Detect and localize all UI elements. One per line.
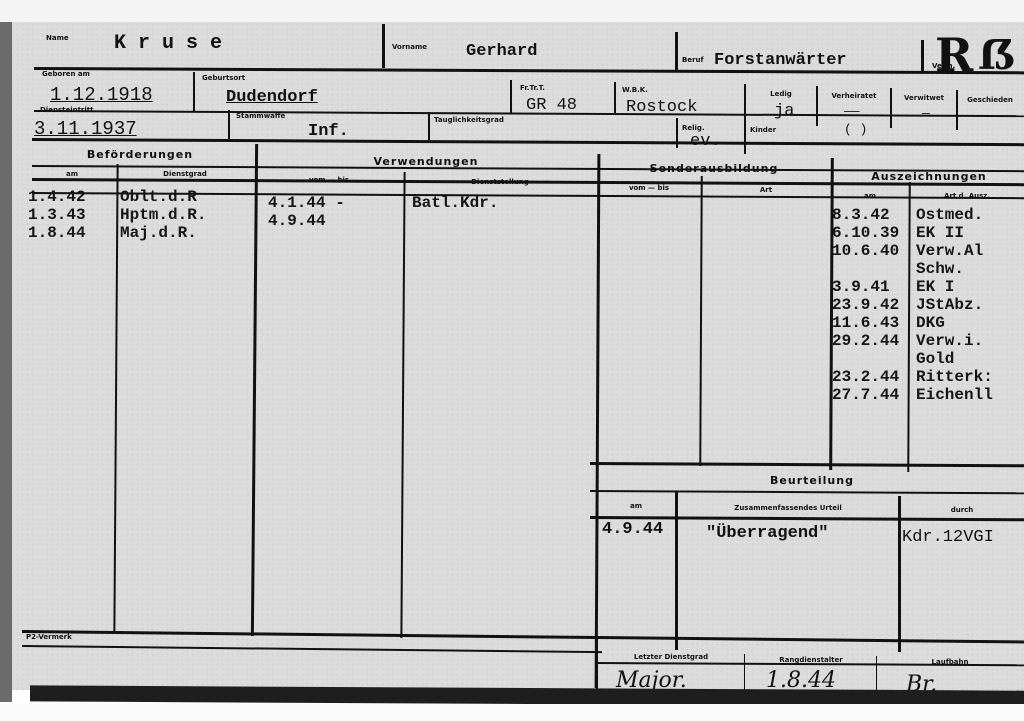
- cell-dienststellung: Batl.Kdr.: [412, 194, 598, 212]
- label-geschieden: Geschieden: [960, 96, 1020, 104]
- rule: [744, 654, 745, 690]
- table-row: 4.1.44 -Batl.Kdr.: [268, 194, 598, 212]
- section-befoerderungen-title: Beförderungen: [30, 148, 250, 161]
- value-geburtsort: Dudendorf: [226, 88, 318, 107]
- col-header-dienststellung: Dienststellung: [406, 178, 594, 186]
- cell-art: EK II: [916, 224, 1024, 242]
- table-row: 11.6.43DKG: [832, 314, 1024, 332]
- label-fr-tr-t: Fr.Tr.T.: [520, 84, 545, 92]
- table-row: Gold: [832, 350, 1024, 368]
- cell-art: Ostmed.: [916, 206, 1024, 224]
- cell-dienstgrad: Maj.d.R.: [120, 224, 260, 242]
- cell-am: 1.4.42: [28, 188, 120, 206]
- col-header-vom-bis: vom — bis: [258, 176, 400, 184]
- rule: [400, 172, 405, 638]
- cell-art: Verw.i.: [916, 332, 1024, 350]
- label-p2-vermerk: P2-Vermerk: [26, 633, 72, 641]
- rule: [34, 67, 1024, 74]
- label-diensteintritt: Diensteintritt: [40, 106, 93, 114]
- value-geboren-am: 1.12.1918: [50, 84, 153, 106]
- cell-am: 27.7.44: [832, 386, 916, 404]
- cell-vom-bis: 4.1.44 -: [268, 194, 412, 212]
- cell-art: DKG: [916, 314, 1024, 332]
- beurteilung-urteil: "Überragend": [706, 524, 828, 543]
- section-auszeichnungen-title: Auszeichnungen: [834, 170, 1024, 183]
- label-kinder: Kinder: [750, 126, 776, 134]
- cell-art: JStAbz.: [916, 296, 1024, 314]
- auszeichnungen-list: 8.3.42Ostmed.6.10.39EK II10.6.40Verw.AlS…: [832, 206, 1024, 404]
- section-verwendungen-title: Verwendungen: [258, 155, 594, 168]
- col-header-art: Art d. Ausz.: [912, 192, 1022, 200]
- cell-am: 29.2.44: [832, 332, 916, 350]
- label-stammwaffe: Stammwaffe: [236, 112, 285, 120]
- handwritten-signature-mark: ẞ: [978, 32, 1016, 79]
- label-geboren-am: Geboren am: [42, 70, 90, 78]
- value-ledig: ja: [774, 102, 794, 121]
- label-wbk: W.B.K.: [622, 86, 648, 94]
- beurteilung-durch: Kdr.12VGI: [902, 528, 994, 547]
- value-wbk: Rostock: [626, 98, 697, 117]
- befoerderungen-list: 1.4.42Oblt.d.R1.3.43Hptm.d.R.1.8.44Maj.d…: [28, 188, 260, 242]
- cell-dienststellung: [412, 212, 598, 230]
- col-header-art: Art: [704, 186, 828, 194]
- rule: [22, 645, 602, 653]
- rule: [590, 462, 1024, 467]
- table-row: 6.10.39EK II: [832, 224, 1024, 242]
- handwritten-initials-stamp: R: [935, 28, 973, 82]
- rule: [675, 492, 678, 650]
- label-rangdienstalter: Rangdienstalter: [748, 656, 874, 664]
- rule: [890, 88, 892, 128]
- col-header-durch: durch: [902, 506, 1022, 514]
- beurteilung-am: 4.9.44: [602, 520, 663, 539]
- rule: [876, 656, 877, 692]
- cell-art: Verw.Al: [916, 242, 1024, 260]
- rule: [699, 176, 703, 466]
- table-row: 4.9.44: [268, 212, 598, 230]
- rule: [675, 32, 678, 70]
- cell-am: 1.3.43: [28, 206, 120, 224]
- cell-dienstgrad: Hptm.d.R.: [120, 206, 260, 224]
- table-row: 29.2.44Verw.i.: [832, 332, 1024, 350]
- value-relig: ev.: [690, 132, 721, 151]
- rule: [193, 72, 195, 112]
- col-header-dienstgrad: Dienstgrad: [118, 170, 252, 178]
- col-header-vom-bis: vom — bis: [600, 184, 698, 192]
- label-vorname: Vorname: [392, 43, 427, 51]
- col-header-am: am: [834, 192, 906, 200]
- rule: [32, 138, 1024, 146]
- table-row: 1.4.42Oblt.d.R: [28, 188, 260, 206]
- rule: [595, 154, 601, 688]
- rule: [956, 90, 958, 130]
- label-letzter-dienstgrad: Letzter Dienstgrad: [600, 653, 742, 661]
- value-diensteintritt: 3.11.1937: [34, 118, 137, 140]
- value-verwitwet: —: [922, 106, 930, 121]
- value-kinder-count: ( ): [844, 122, 867, 137]
- cell-dienstgrad: Oblt.d.R: [120, 188, 260, 206]
- cell-am: 8.3.42: [832, 206, 916, 224]
- cell-am: 3.9.41: [832, 278, 916, 296]
- rule: [614, 82, 616, 114]
- cell-art: EK I: [916, 278, 1024, 296]
- cell-am: 23.2.44: [832, 368, 916, 386]
- cell-art: Eichenll: [916, 386, 1024, 404]
- verwendungen-list: 4.1.44 -Batl.Kdr.4.9.44: [268, 194, 598, 230]
- label-verwitwet: Verwitwet: [894, 94, 954, 102]
- table-row: 1.8.44Maj.d.R.: [28, 224, 260, 242]
- table-row: 8.3.42Ostmed.: [832, 206, 1024, 224]
- section-sonderausbildung-title: Sonderausbildung: [600, 162, 828, 175]
- value-beruf: Forstanwärter: [714, 51, 847, 70]
- label-beruf: Beruf: [682, 56, 704, 64]
- col-header-am: am: [30, 170, 114, 178]
- label-verheiratet: Verheiratet: [820, 92, 888, 100]
- cell-am: 10.6.40: [832, 242, 916, 260]
- scan-top-margin: [0, 0, 1024, 22]
- cell-vom-bis: 4.9.44: [268, 212, 412, 230]
- label-ledig: Ledig: [748, 90, 814, 98]
- scan-bottom-margin: [0, 704, 1024, 721]
- rule: [898, 496, 901, 652]
- cell-art: Gold: [916, 350, 1024, 368]
- rule: [590, 490, 1024, 494]
- col-header-urteil: Zusammenfassendes Urteil: [680, 504, 896, 512]
- value-kinder: —: [760, 136, 768, 151]
- cell-am: 23.9.42: [832, 296, 916, 314]
- cell-art: Ritterk:: [916, 368, 1024, 386]
- rule: [228, 110, 230, 140]
- value-fr-tr-t: GR 48: [526, 96, 577, 115]
- label-geburtsort: Geburtsort: [202, 74, 245, 82]
- rule: [22, 630, 1024, 643]
- rule: [382, 24, 385, 68]
- section-beurteilung-title: Beurteilung: [600, 474, 1024, 487]
- rule: [428, 112, 430, 142]
- cell-am: [832, 260, 916, 278]
- table-row: 10.6.40Verw.Al: [832, 242, 1024, 260]
- rule: [596, 636, 598, 692]
- table-row: 1.3.43Hptm.d.R.: [28, 206, 260, 224]
- value-verheiratet: ——: [844, 104, 860, 119]
- col-header-am: am: [598, 502, 674, 510]
- cell-am: 11.6.43: [832, 314, 916, 332]
- value-vorname: Gerhard: [466, 42, 537, 61]
- label-laufbahn: Laufbahn: [880, 658, 1020, 666]
- cell-am: 1.8.44: [28, 224, 120, 242]
- personnel-record-card: Name K r u s e Vorname Gerhard Beruf For…: [10, 22, 1024, 690]
- scan-left-edge: [0, 22, 12, 702]
- rule: [510, 80, 512, 114]
- table-row: 23.9.42JStAbz.: [832, 296, 1024, 314]
- value-geschieden: —: [982, 108, 990, 123]
- label-tauglichkeitsgrad: Tauglichkeitsgrad: [434, 116, 504, 124]
- rule: [921, 40, 924, 72]
- table-row: 23.2.44Ritterk:: [832, 368, 1024, 386]
- rule: [816, 86, 818, 126]
- table-row: Schw.: [832, 260, 1024, 278]
- cell-am: 6.10.39: [832, 224, 916, 242]
- rule: [676, 118, 678, 148]
- table-row: 3.9.41EK I: [832, 278, 1024, 296]
- label-relig: Relig.: [682, 124, 705, 132]
- table-row: 27.7.44Eichenll: [832, 386, 1024, 404]
- cell-art: Schw.: [916, 260, 1024, 278]
- label-name: Name: [46, 34, 69, 42]
- value-name: K r u s e: [114, 32, 222, 55]
- cell-am: [832, 350, 916, 368]
- value-stammwaffe: Inf.: [308, 122, 349, 141]
